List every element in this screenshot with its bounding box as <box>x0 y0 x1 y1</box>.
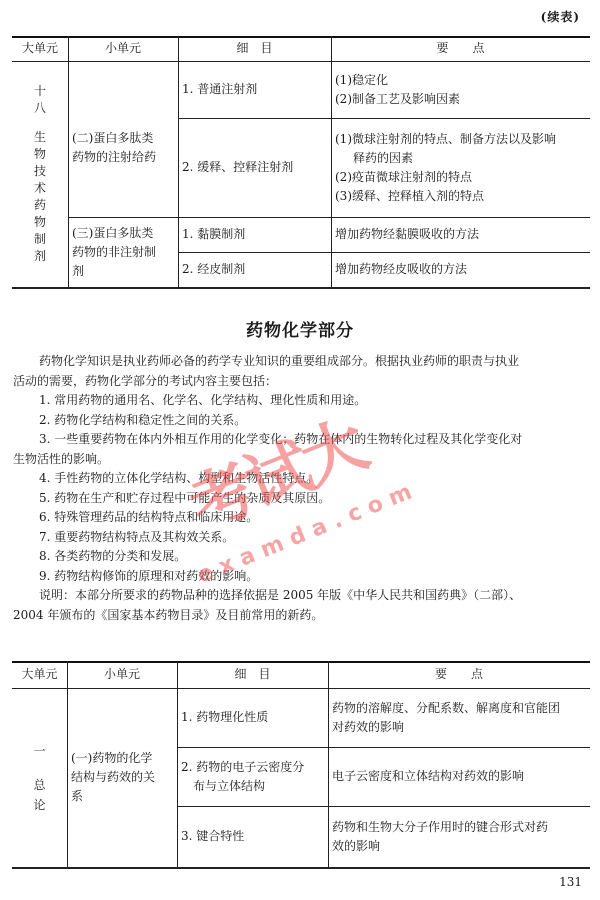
points-electron-density: 电子云密度和立体结构对药效的影响 <box>328 747 590 806</box>
points-ordinary-injection: (1)稳定化 (2)制备工艺及影响因素 <box>331 61 590 118</box>
header-detail: 细 目 <box>178 36 331 61</box>
detail-bonding: 3. 键合特性 <box>177 806 328 867</box>
content-item-5: 5. 药物在生产和贮存过程中可能产生的杂质及其原因。 <box>13 489 593 509</box>
detail-ordinary-injection: 1. 普通注射剂 <box>178 61 331 118</box>
header-major-unit: 大单元 <box>12 36 68 61</box>
content-item-4: 4. 手性药物的立体化学结构、构型和生物活性特点。 <box>13 469 593 489</box>
content-item-8: 8. 各类药物的分类和发展。 <box>13 547 593 567</box>
sub-unit-non-injection: (三)蛋白多肽类 药物的非注射制 剂 <box>68 217 178 287</box>
detail-electron-density: 2. 药物的电子云密度分 布与立体结构 <box>177 747 328 806</box>
note-line-2: 2004 年颁布的《国家基本药物目录》及目前常用的新药。 <box>13 606 593 626</box>
content-item-1: 1. 常用药物的通用名、化学名、化学结构、理化性质和用途。 <box>13 391 593 411</box>
continuation-label: (续表) <box>541 8 580 25</box>
points-physicochemical: 药物的溶解度、分配系数、解离度和官能团 对药效的影响 <box>328 688 590 747</box>
detail-physicochemical: 1. 药物理化性质 <box>177 688 328 747</box>
content-item-3: 3. 一些重要药物在体内外相互作用的化学变化；药物在体内的生物转化过程及其化学变… <box>13 430 593 450</box>
points-transdermal: 增加药物经皮吸收的方法 <box>331 252 590 287</box>
header-sub-unit: 小单元 <box>68 36 178 61</box>
content-item-2: 2. 药物化学结构和稳定性之间的关系。 <box>13 411 593 431</box>
section-title: 药物化学部分 <box>0 316 600 341</box>
points-mucosal: 增加药物经黏膜吸收的方法 <box>331 217 590 252</box>
header-detail: 细 目 <box>177 661 328 688</box>
major-unit-1-general: 一 总 论 <box>12 688 67 867</box>
header-sub-unit: 小单元 <box>67 661 177 688</box>
intro-line-2: 活动的需要，药物化学部分的考试内容主要包括： <box>13 372 593 392</box>
header-major-unit: 大单元 <box>12 661 67 688</box>
sub-unit-injection: (二)蛋白多肽类 药物的注射给药 <box>68 61 178 217</box>
header-key-points: 要 点 <box>328 661 590 688</box>
detail-transdermal: 2. 经皮制剂 <box>178 252 331 287</box>
header-key-points: 要 点 <box>331 36 590 61</box>
major-unit-18-biotech: 十 八 生 物 技 术 药 物 制 剂 <box>12 61 68 287</box>
note-line-1: 说明：本部分所要求的药物品种的选择依据是 2005 年版《中华人民共和国药典》（… <box>13 586 593 606</box>
intro-line-1: 药物化学知识是执业药师必备的药学专业知识的重要组成部分。根据执业药师的职责与执业 <box>13 352 593 372</box>
syllabus-table-general: 大单元 小单元 细 目 要 点 一 总 论 (一)药物的化学 结构与药效的关 系… <box>12 661 590 868</box>
syllabus-table-biotech: 大单元 小单元 细 目 要 点 十 八 生 物 技 术 药 物 制 剂 (二)蛋… <box>12 36 590 288</box>
page-number: 131 <box>559 875 582 889</box>
content-item-3-cont: 生物活性的影响。 <box>13 450 593 470</box>
content-item-9: 9. 药物结构修饰的原理和对药效的影响。 <box>13 567 593 587</box>
content-item-7: 7. 重要药物结构特点及其构效关系。 <box>13 528 593 548</box>
sub-unit-structure-activity: (一)药物的化学 结构与药效的关 系 <box>67 688 177 867</box>
detail-sustained-release-injection: 2. 缓释、控释注射剂 <box>178 118 331 217</box>
points-sustained-release: (1)微球注射剂的特点、制备方法以及影响 释药的因素 (2)疫苗微球注射剂的特点… <box>331 118 590 217</box>
content-item-6: 6. 特殊管理药品的结构特点和临床用途。 <box>13 508 593 528</box>
detail-mucosal: 1. 黏膜制剂 <box>178 217 331 252</box>
points-bonding: 药物和生物大分子作用时的键合形式对药 效的影响 <box>328 806 590 867</box>
section-body: 药物化学知识是执业药师必备的药学专业知识的重要组成部分。根据执业药师的职责与执业… <box>13 352 593 625</box>
